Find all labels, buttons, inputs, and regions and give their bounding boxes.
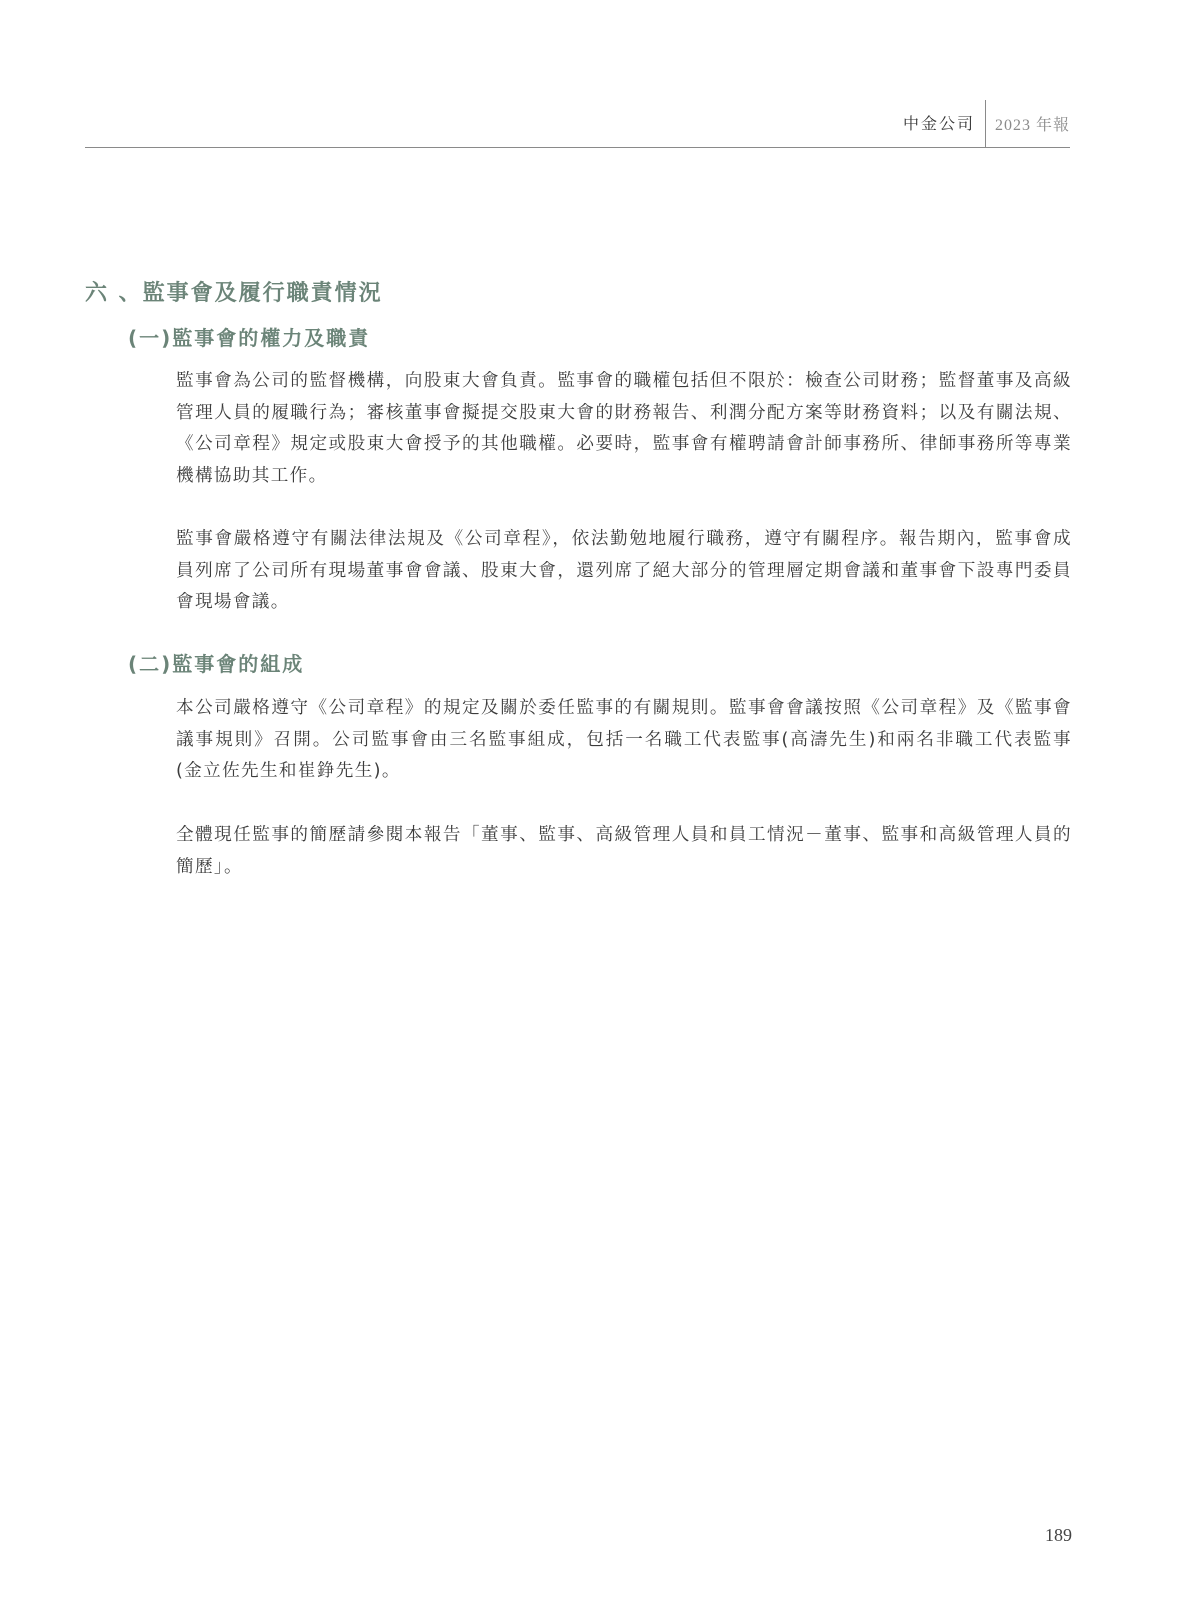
company-name: 中金公司 xyxy=(903,100,985,147)
subsection-title-composition: (二)監事會的組成 xyxy=(128,648,304,677)
paragraph-powers-duties: 監事會為公司的監督機構，向股東大會負責。監事會的職權包括但不限於：檢查公司財務；… xyxy=(176,366,1072,492)
page-number: 189 xyxy=(1045,1525,1072,1546)
paragraph-compliance: 監事會嚴格遵守有關法律法規及《公司章程》，依法勤勉地履行職務，遵守有關程序。報告… xyxy=(176,524,1072,619)
report-title: 2023 年報 xyxy=(986,112,1070,135)
page-header: 中金公司 2023 年報 xyxy=(85,100,1070,148)
paragraph-biographies: 全體現任監事的簡歷請參閱本報告「董事、監事、高級管理人員和員工情況－董事、監事和… xyxy=(176,820,1072,883)
paragraph-composition: 本公司嚴格遵守《公司章程》的規定及關於委任監事的有關規則。監事會會議按照《公司章… xyxy=(176,693,1072,788)
subsection-title-powers: (一)監事會的權力及職責 xyxy=(128,322,370,351)
header-right: 中金公司 2023 年報 xyxy=(903,100,1070,147)
section-title: 六 、監事會及履行職責情況 xyxy=(85,276,383,307)
